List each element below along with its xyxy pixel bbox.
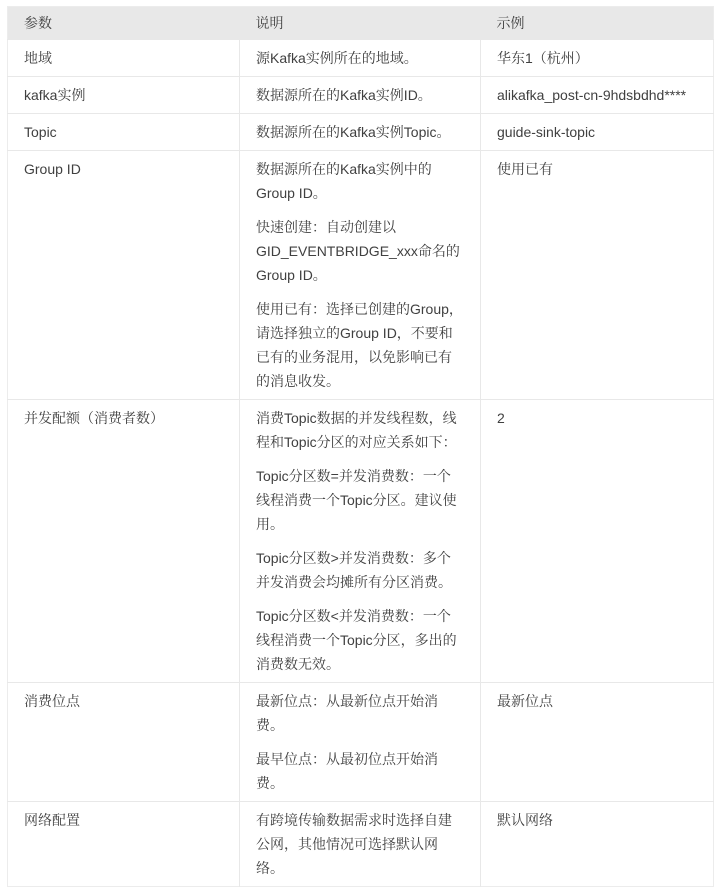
table-header-row: 参数 说明 示例 (8, 7, 714, 40)
param-cell: 网络配置 (8, 802, 240, 887)
param-cell: Group ID (8, 151, 240, 400)
column-header-example: 示例 (481, 7, 714, 40)
desc-paragraph: 数据源所在的Kafka实例中的Group ID。 (256, 157, 464, 205)
param-cell: 地域 (8, 40, 240, 77)
desc-paragraph: 最新位点：从最新位点开始消费。 (256, 689, 464, 737)
desc-paragraph: 数据源所在的Kafka实例ID。 (256, 83, 464, 107)
example-cell: 华东1（杭州） (481, 40, 714, 77)
desc-cell: 数据源所在的Kafka实例Topic。 (240, 114, 481, 151)
example-cell: 使用已有 (481, 151, 714, 400)
table-row: 地域 源Kafka实例所在的地域。 华东1（杭州） (8, 40, 714, 77)
desc-paragraph: 源Kafka实例所在的地域。 (256, 46, 464, 70)
table-row: kafka实例 数据源所在的Kafka实例ID。 alikafka_post-c… (8, 77, 714, 114)
param-cell: 并发配额（消费者数） (8, 400, 240, 683)
table-row: 并发配额（消费者数） 消费Topic数据的并发线程数，线程和Topic分区的对应… (8, 400, 714, 683)
table-body: 地域 源Kafka实例所在的地域。 华东1（杭州） kafka实例 数据源所在的… (8, 40, 714, 887)
parameters-table: 参数 说明 示例 地域 源Kafka实例所在的地域。 华东1（杭州） kafka… (7, 6, 714, 887)
column-header-param: 参数 (8, 7, 240, 40)
table-row: 网络配置 有跨境传输数据需求时选择自建公网，其他情况可选择默认网络。 默认网络 (8, 802, 714, 887)
desc-paragraph: 最早位点：从最初位点开始消费。 (256, 747, 464, 795)
page: 参数 说明 示例 地域 源Kafka实例所在的地域。 华东1（杭州） kafka… (0, 0, 720, 893)
desc-paragraph: 有跨境传输数据需求时选择自建公网，其他情况可选择默认网络。 (256, 808, 464, 880)
desc-paragraph: Topic分区数=并发消费数：一个线程消费一个Topic分区。建议使用。 (256, 464, 464, 536)
example-cell: guide-sink-topic (481, 114, 714, 151)
desc-cell: 有跨境传输数据需求时选择自建公网，其他情况可选择默认网络。 (240, 802, 481, 887)
desc-paragraph: 快速创建：自动创建以GID_EVENTBRIDGE_xxx命名的Group ID… (256, 215, 464, 287)
desc-cell: 数据源所在的Kafka实例中的Group ID。快速创建：自动创建以GID_EV… (240, 151, 481, 400)
param-cell: kafka实例 (8, 77, 240, 114)
example-cell: alikafka_post-cn-9hdsbdhd**** (481, 77, 714, 114)
desc-paragraph: 使用已有：选择已创建的Group，请选择独立的Group ID，不要和已有的业务… (256, 297, 464, 393)
desc-paragraph: Topic分区数>并发消费数：多个并发消费会均摊所有分区消费。 (256, 546, 464, 594)
desc-cell: 源Kafka实例所在的地域。 (240, 40, 481, 77)
param-cell: 消费位点 (8, 683, 240, 802)
table-row: Group ID 数据源所在的Kafka实例中的Group ID。快速创建：自动… (8, 151, 714, 400)
example-cell: 2 (481, 400, 714, 683)
table-row: 消费位点 最新位点：从最新位点开始消费。最早位点：从最初位点开始消费。 最新位点 (8, 683, 714, 802)
example-cell: 默认网络 (481, 802, 714, 887)
table-row: Topic 数据源所在的Kafka实例Topic。 guide-sink-top… (8, 114, 714, 151)
example-cell: 最新位点 (481, 683, 714, 802)
desc-cell: 数据源所在的Kafka实例ID。 (240, 77, 481, 114)
param-cell: Topic (8, 114, 240, 151)
column-header-desc: 说明 (240, 7, 481, 40)
desc-paragraph: 消费Topic数据的并发线程数，线程和Topic分区的对应关系如下： (256, 406, 464, 454)
desc-paragraph: Topic分区数<并发消费数：一个线程消费一个Topic分区，多出的消费数无效。 (256, 604, 464, 676)
desc-cell: 消费Topic数据的并发线程数，线程和Topic分区的对应关系如下：Topic分… (240, 400, 481, 683)
desc-paragraph: 数据源所在的Kafka实例Topic。 (256, 120, 464, 144)
desc-cell: 最新位点：从最新位点开始消费。最早位点：从最初位点开始消费。 (240, 683, 481, 802)
